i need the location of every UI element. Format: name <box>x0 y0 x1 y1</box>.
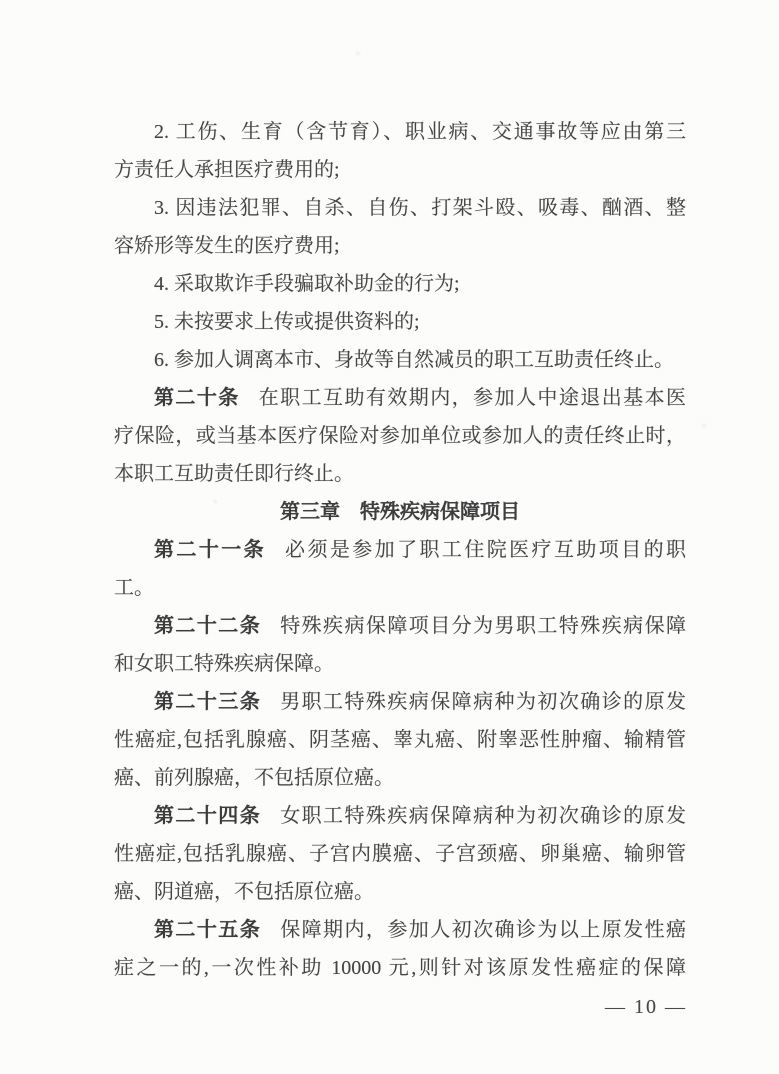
clause-text-line: 3. 因违法犯罪、自杀、自伤、打架斗殴、吸毒、酗酒、整 <box>114 189 686 227</box>
article-text-line: 和女职工特殊疾病保障。 <box>114 645 686 683</box>
article-text-line: 第二十一条必须是参加了职工住院医疗互助项目的职 <box>114 531 686 569</box>
article-text-line: 本职工互助责任即行终止。 <box>114 455 686 493</box>
document-page: 2. 工伤、生育（含节育）、职业病、交通事故等应由第三方责任人承担医疗费用的;3… <box>0 0 779 1074</box>
article-label: 第二十一条 <box>154 539 266 561</box>
article-text-line: 第二十二条特殊疾病保障项目分为男职工特殊疾病保障 <box>114 607 686 645</box>
page-number: — 10 — <box>605 996 687 1019</box>
article-text-line: 工。 <box>114 569 686 607</box>
article-text-line: 癌、前列腺癌，不包括原位癌。 <box>114 759 686 797</box>
article-text-line: 性癌症,包括乳腺癌、子宫内膜癌、子宫颈癌、卵巢癌、输卵管 <box>114 835 686 873</box>
clause-text-line: 方责任人承担医疗费用的; <box>114 151 686 189</box>
scan-speck <box>702 424 706 427</box>
article-text-line: 第二十条在职工互助有效期内，参加人中途退出基本医 <box>114 379 686 417</box>
clause-text-line: 2. 工伤、生育（含节育）、职业病、交通事故等应由第三 <box>114 113 686 151</box>
article-text-line: 第二十五条保障期内，参加人初次确诊为以上原发性癌 <box>114 911 686 949</box>
article-text-line: 第二十三条男职工特殊疾病保障病种为初次确诊的原发 <box>114 683 686 721</box>
article-label: 第二十二条 <box>154 615 261 637</box>
article-text-line: 症之一的,一次性补助 10000 元,则针对该原发性癌症的保障 <box>114 949 686 987</box>
document-body: 2. 工伤、生育（含节育）、职业病、交通事故等应由第三方责任人承担医疗费用的;3… <box>114 113 686 987</box>
clause-text-line: 4. 采取欺诈手段骗取补助金的行为; <box>114 265 686 303</box>
article-text-line: 癌、阴道癌，不包括原位癌。 <box>114 873 686 911</box>
article-text-line: 第二十四条女职工特殊疾病保障病种为初次确诊的原发 <box>114 797 686 835</box>
article-label: 第二十三条 <box>154 691 261 713</box>
article-label: 第二十条 <box>154 387 240 409</box>
clause-text-line: 5. 未按要求上传或提供资料的; <box>114 303 686 341</box>
clause-text-line: 容矫形等发生的医疗费用; <box>114 227 686 265</box>
chapter-heading: 第三章 特殊疾病保障项目 <box>114 493 686 531</box>
article-label: 第二十五条 <box>154 919 261 941</box>
scan-speck <box>356 52 360 55</box>
article-label: 第二十四条 <box>154 805 261 827</box>
article-text-line: 疗保险，或当基本医疗保险对参加单位或参加人的责任终止时， <box>114 417 686 455</box>
article-text-line: 性癌症,包括乳腺癌、阴茎癌、睾丸癌、附睾恶性肿瘤、输精管 <box>114 721 686 759</box>
clause-text-line: 6. 参加人调离本市、身故等自然减员的职工互助责任终止。 <box>114 341 686 379</box>
